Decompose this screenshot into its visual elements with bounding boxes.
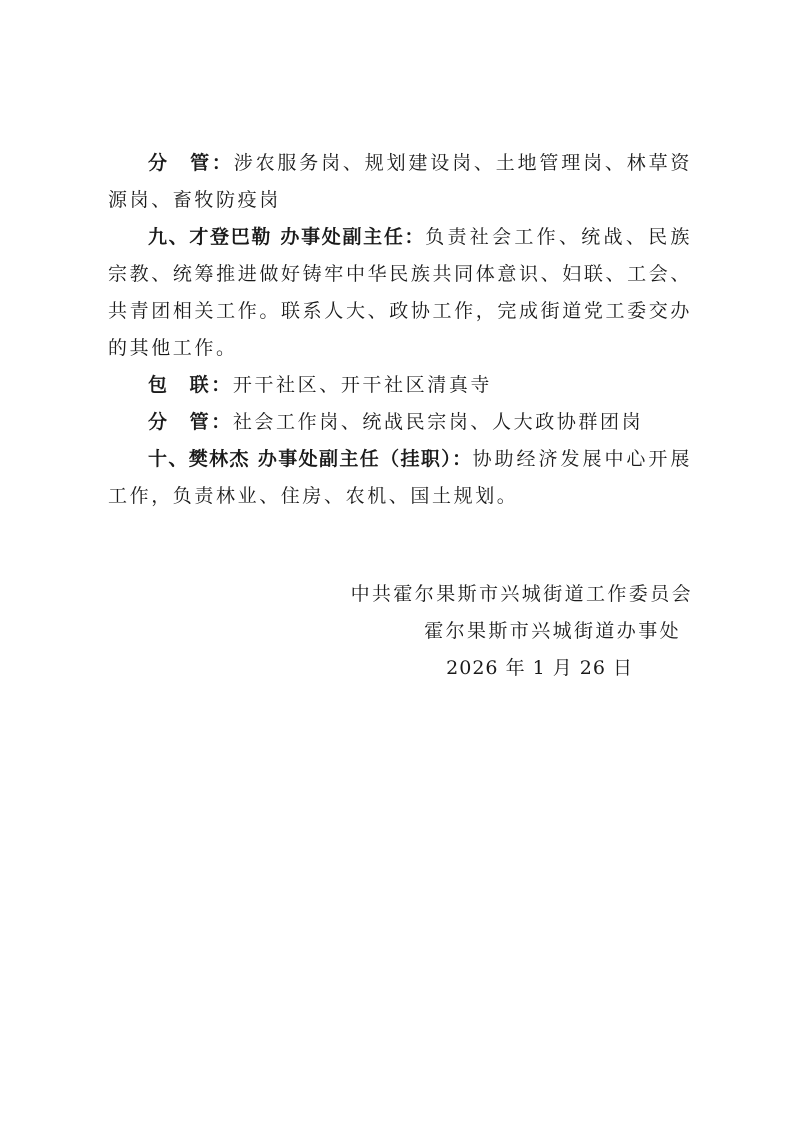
label-char: 联： [190,374,233,396]
paragraph-baolian: 包联：开干社区、开干社区清真寺 [108,367,692,404]
section-heading: 九、才登巴勒 办事处副主任： [148,226,425,248]
signature-block: 中共霍尔果斯市兴城街道工作委员会 霍尔果斯市兴城街道办事处 2026 年 1 月… [351,576,693,687]
signature-org-party-committee: 中共霍尔果斯市兴城街道工作委员会 [351,576,693,613]
document-body: 分管：涉农服务岗、规划建设岗、土地管理岗、林草资源岗、畜牧防疫岗 九、才登巴勒 … [108,145,692,515]
signature-org-office: 霍尔果斯市兴城街道办事处 [351,613,681,650]
paragraph-section-9: 九、才登巴勒 办事处副主任：负责社会工作、统战、民族宗教、统筹推进做好铸牢中华民… [108,219,692,367]
label-char: 管： [190,411,233,433]
label-char: 分 [148,152,170,174]
label-fenguan: 分管： [148,152,234,174]
paragraph-text: 开干社区、开干社区清真寺 [233,374,492,396]
label-char: 管： [190,152,234,174]
paragraph-fenguan-2: 分管：社会工作岗、统战民宗岗、人大政协群团岗 [108,404,692,441]
label-baolian: 包联： [148,374,233,396]
signature-date: 2026 年 1 月 26 日 [351,650,633,687]
document-page: 分管：涉农服务岗、规划建设岗、土地管理岗、林草资源岗、畜牧防疫岗 九、才登巴勒 … [0,0,793,1122]
label-char: 分 [148,411,170,433]
label-fenguan: 分管： [148,411,233,433]
section-heading: 十、樊林杰 办事处副主任（挂职）： [148,448,473,470]
paragraph-section-10: 十、樊林杰 办事处副主任（挂职）：协助经济发展中心开展工作，负责林业、住房、农机… [108,441,692,515]
paragraph-text: 社会工作岗、统战民宗岗、人大政协群团岗 [233,411,643,433]
label-char: 包 [148,374,170,396]
paragraph-fenguan-1: 分管：涉农服务岗、规划建设岗、土地管理岗、林草资源岗、畜牧防疫岗 [108,145,692,219]
